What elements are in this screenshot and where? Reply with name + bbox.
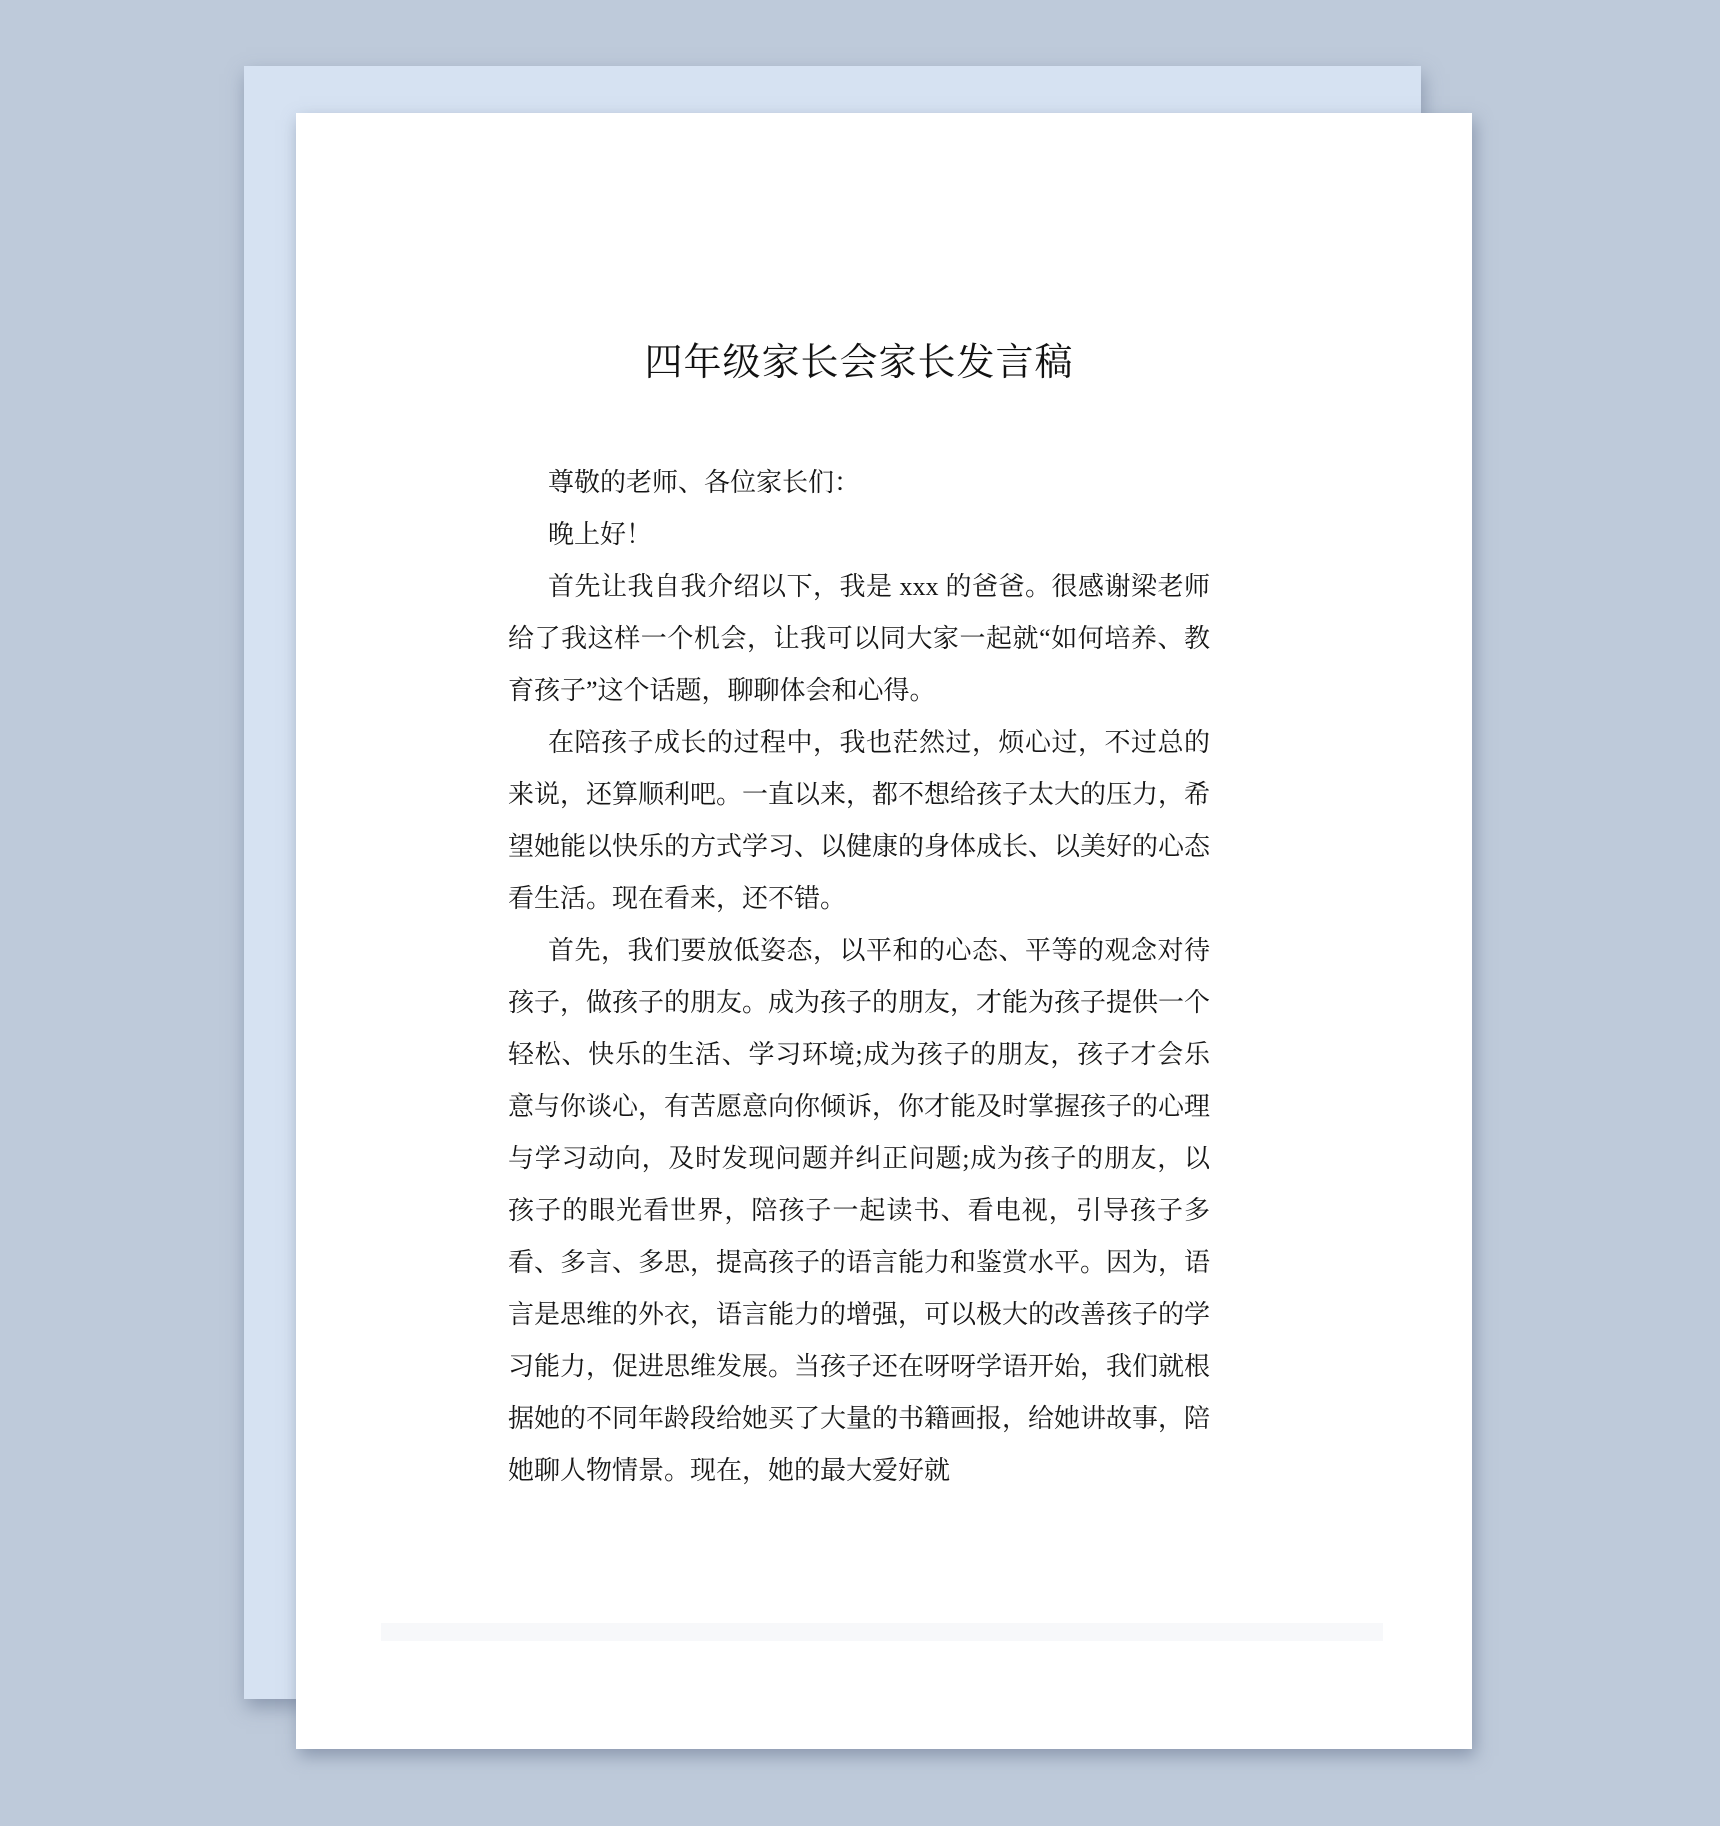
paragraph: 首先让我自我介绍以下，我是 xxx 的爸爸。很感谢梁老师给了我这样一个机会，让我…: [508, 561, 1210, 717]
paragraph: 在陪孩子成长的过程中，我也茫然过，烦心过，不过总的来说，还算顺利吧。一直以来，都…: [508, 717, 1210, 925]
paragraph: 晚上好！: [508, 509, 1210, 561]
paragraph: 尊敬的老师、各位家长们：: [508, 457, 1210, 509]
document-body: 尊敬的老师、各位家长们：晚上好！首先让我自我介绍以下，我是 xxx 的爸爸。很感…: [508, 457, 1210, 1497]
page-footer-strip: [381, 1623, 1383, 1641]
desktop-background: 四年级家长会家长发言稿 尊敬的老师、各位家长们：晚上好！首先让我自我介绍以下，我…: [0, 0, 1720, 1826]
document-page: 四年级家长会家长发言稿 尊敬的老师、各位家长们：晚上好！首先让我自我介绍以下，我…: [296, 113, 1472, 1749]
paragraph: 首先，我们要放低姿态，以平和的心态、平等的观念对待孩子，做孩子的朋友。成为孩子的…: [508, 925, 1210, 1497]
document-title: 四年级家长会家长发言稿: [508, 341, 1210, 387]
page-content: 四年级家长会家长发言稿 尊敬的老师、各位家长们：晚上好！首先让我自我介绍以下，我…: [296, 113, 1472, 1749]
